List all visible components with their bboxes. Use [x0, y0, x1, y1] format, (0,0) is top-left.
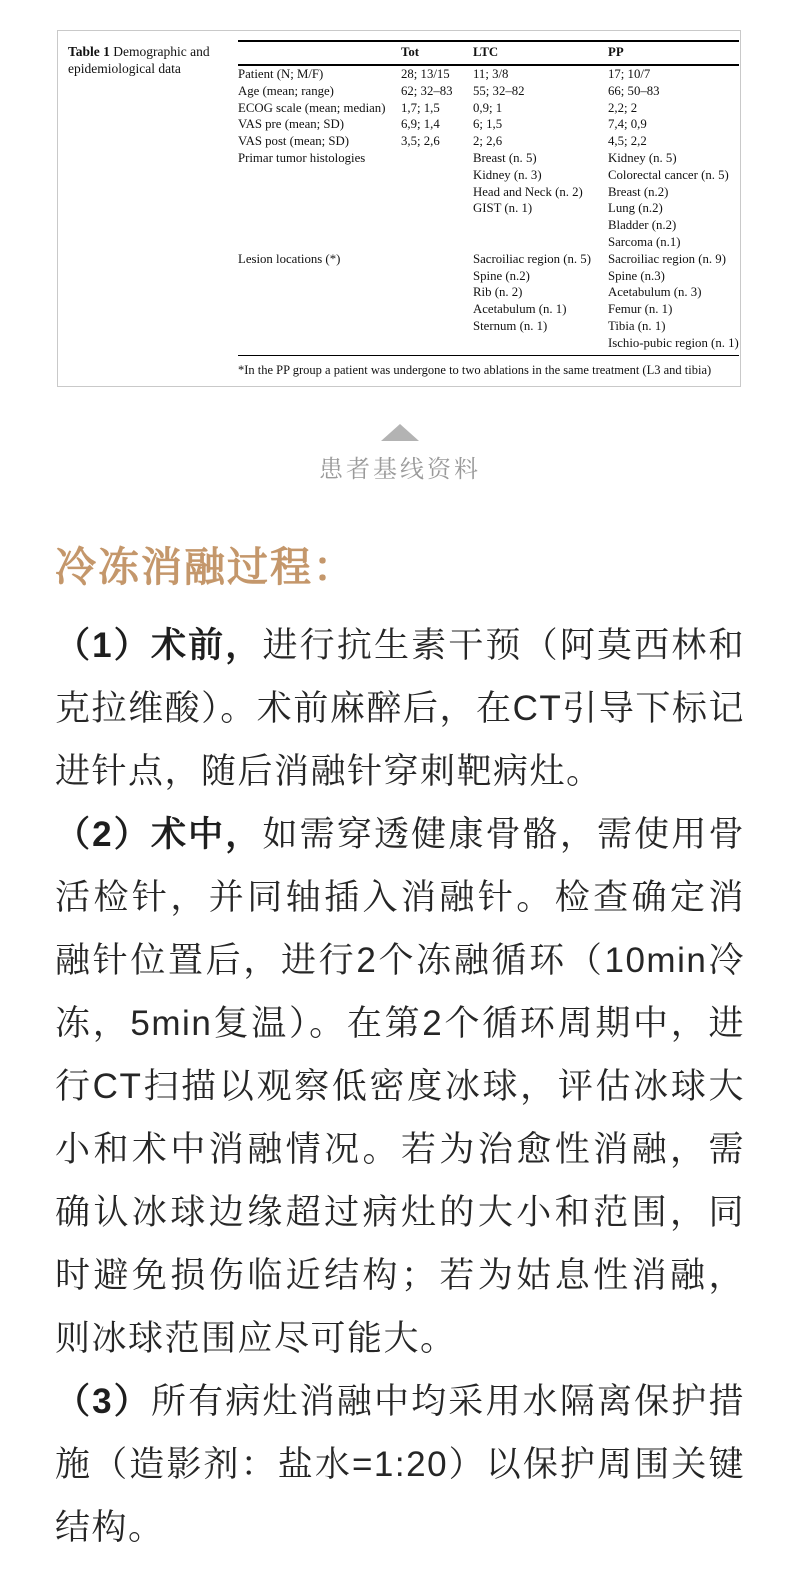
- table-row: Sternum (n. 1) Tibia (n. 1): [238, 318, 739, 335]
- column-header-tot: Tot: [401, 45, 473, 60]
- table-row-label: Age (mean; range): [238, 83, 401, 100]
- table-caption-label: Table 1: [68, 44, 110, 59]
- table-row-label: [238, 335, 401, 352]
- table-row: Head and Neck (n. 2) Breast (n.2): [238, 184, 739, 201]
- column-header-pp: PP: [608, 45, 739, 60]
- table-row-label: [238, 284, 401, 301]
- table-cell-tot: 3,5; 2,6: [401, 133, 473, 150]
- table-cell-tot: [401, 234, 473, 251]
- table-cell-tot: [401, 301, 473, 318]
- table-cell-pp: Spine (n.3): [608, 268, 739, 285]
- table-row: Rib (n. 2) Acetabulum (n. 3): [238, 284, 739, 301]
- table-cell-pp: Tibia (n. 1): [608, 318, 739, 335]
- paragraph: （1）术前，进行抗生素干预（阿莫西林和克拉维酸）。术前麻醉后，在CT引导下标记进…: [55, 614, 745, 803]
- table-cell-tot: 62; 32–83: [401, 83, 473, 100]
- table-cell-ltc: 2; 2,6: [473, 133, 608, 150]
- table-cell-tot: [401, 318, 473, 335]
- table-cell-ltc: Breast (n. 5): [473, 150, 608, 167]
- paragraph: （3）所有病灶消融中均采用水隔离保护措施（造影剂：盐水=1:20）以保护周围关键…: [55, 1370, 745, 1559]
- table-cell-pp: Femur (n. 1): [608, 301, 739, 318]
- table-cell-pp: Lung (n.2): [608, 200, 739, 217]
- table-cell-ltc: [473, 335, 608, 352]
- table-row: ECOG scale (mean; median) 1,7; 1,5 0,9; …: [238, 100, 739, 117]
- table-cell-ltc: Spine (n.2): [473, 268, 608, 285]
- table-cell-tot: [401, 167, 473, 184]
- table-cell-ltc: [473, 217, 608, 234]
- table-cell-pp: 7,4; 0,9: [608, 116, 739, 133]
- triangle-up-icon: [381, 424, 419, 441]
- table-footnote: *In the PP group a patient was undergone…: [238, 355, 739, 378]
- table-row: Sarcoma (n.1): [238, 234, 739, 251]
- section-paragraphs: （1）术前，进行抗生素干预（阿莫西林和克拉维酸）。术前麻醉后，在CT引导下标记进…: [55, 614, 745, 1559]
- table-cell-pp: 66; 50–83: [608, 83, 739, 100]
- article-content: 冷冻消融过程： （1）术前，进行抗生素干预（阿莫西林和克拉维酸）。术前麻醉后，在…: [0, 542, 800, 1559]
- table-row: Patient (N; M/F) 28; 13/15 11; 3/8 17; 1…: [238, 66, 739, 83]
- column-header-empty: [238, 45, 401, 60]
- table-row: GIST (n. 1) Lung (n.2): [238, 200, 739, 217]
- table-row-label: [238, 167, 401, 184]
- table-cell-tot: 28; 13/15: [401, 66, 473, 83]
- table-row: VAS post (mean; SD) 3,5; 2,6 2; 2,6 4,5;…: [238, 133, 739, 150]
- table-cell-ltc: 11; 3/8: [473, 66, 608, 83]
- table-row-label: Lesion locations (*): [238, 251, 401, 268]
- table-cell-tot: [401, 217, 473, 234]
- table-cell-pp: Breast (n.2): [608, 184, 739, 201]
- section-heading: 冷冻消融过程：: [55, 542, 745, 592]
- table-rows: Patient (N; M/F) 28; 13/15 11; 3/8 17; 1…: [238, 66, 739, 352]
- table-cell-tot: [401, 200, 473, 217]
- table-row: Primar tumor histologies Breast (n. 5) K…: [238, 150, 739, 167]
- table-cell-ltc: 0,9; 1: [473, 100, 608, 117]
- table-row-label: Patient (N; M/F): [238, 66, 401, 83]
- table-row: Lesion locations (*) Sacroiliac region (…: [238, 251, 739, 268]
- table-cell-tot: [401, 284, 473, 301]
- table-row-label: [238, 234, 401, 251]
- paragraph-lead: （1）术前，: [55, 626, 262, 665]
- table-cell-pp: 2,2; 2: [608, 100, 739, 117]
- table-row-label: [238, 301, 401, 318]
- table-row: Ischio-pubic region (n. 1): [238, 335, 739, 352]
- table-figure: Table 1 Demographic and epidemiological …: [57, 30, 741, 387]
- table-row-label: [238, 184, 401, 201]
- table-cell-pp: Acetabulum (n. 3): [608, 284, 739, 301]
- table-row-label: Primar tumor histologies: [238, 150, 401, 167]
- table-cell-tot: [401, 251, 473, 268]
- table-figure-table: Tot LTC PP Patient (N; M/F) 28; 13/15 11…: [238, 40, 739, 386]
- table-row-label: VAS pre (mean; SD): [238, 116, 401, 133]
- table-cell-pp: Kidney (n. 5): [608, 150, 739, 167]
- table-cell-pp: 4,5; 2,2: [608, 133, 739, 150]
- table-cell-pp: Sacroiliac region (n. 9): [608, 251, 739, 268]
- table-row: Age (mean; range) 62; 32–83 55; 32–82 66…: [238, 83, 739, 100]
- table-cell-tot: [401, 150, 473, 167]
- table-cell-pp: Sarcoma (n.1): [608, 234, 739, 251]
- table-row-label: [238, 318, 401, 335]
- table-cell-tot: [401, 184, 473, 201]
- table-row-label: [238, 217, 401, 234]
- table-row-label: [238, 200, 401, 217]
- table-cell-ltc: Rib (n. 2): [473, 284, 608, 301]
- paragraph-lead: （3）: [55, 1382, 151, 1421]
- table-row-label: [238, 268, 401, 285]
- table-cell-ltc: Kidney (n. 3): [473, 167, 608, 184]
- table-cell-tot: [401, 268, 473, 285]
- table-row: Kidney (n. 3) Colorectal cancer (n. 5): [238, 167, 739, 184]
- paragraph: （2）术中，如需穿透健康骨骼，需使用骨活检针，并同轴插入消融针。检查确定消融针位…: [55, 803, 745, 1370]
- table-cell-tot: 6,9; 1,4: [401, 116, 473, 133]
- table-cell-pp: 17; 10/7: [608, 66, 739, 83]
- table-row-label: ECOG scale (mean; median): [238, 100, 401, 117]
- table-cell-tot: [401, 335, 473, 352]
- table-cell-pp: Ischio-pubic region (n. 1): [608, 335, 739, 352]
- table-cell-ltc: 55; 32–82: [473, 83, 608, 100]
- paragraph-body: 所有病灶消融中均采用水隔离保护措施（造影剂：盐水=1:20）以保护周围关键结构。: [55, 1382, 745, 1547]
- table-cell-ltc: Head and Neck (n. 2): [473, 184, 608, 201]
- table-cell-ltc: GIST (n. 1): [473, 200, 608, 217]
- table-cell-pp: Colorectal cancer (n. 5): [608, 167, 739, 184]
- table-cell-ltc: Sacroiliac region (n. 5): [473, 251, 608, 268]
- table-cell-ltc: Sternum (n. 1): [473, 318, 608, 335]
- table-header-row: Tot LTC PP: [238, 40, 739, 66]
- table-row: VAS pre (mean; SD) 6,9; 1,4 6; 1,5 7,4; …: [238, 116, 739, 133]
- table-cell-tot: 1,7; 1,5: [401, 100, 473, 117]
- figure-caption: 患者基线资料: [0, 455, 800, 485]
- table-cell-ltc: 6; 1,5: [473, 116, 608, 133]
- table-cell-pp: Bladder (n.2): [608, 217, 739, 234]
- table-row: Spine (n.2) Spine (n.3): [238, 268, 739, 285]
- table-row-label: VAS post (mean; SD): [238, 133, 401, 150]
- table-row: Bladder (n.2): [238, 217, 739, 234]
- table-cell-ltc: [473, 234, 608, 251]
- paragraph-lead: （2）术中，: [55, 815, 262, 854]
- table-cell-ltc: Acetabulum (n. 1): [473, 301, 608, 318]
- table-row: Acetabulum (n. 1) Femur (n. 1): [238, 301, 739, 318]
- paragraph-body: 如需穿透健康骨骼，需使用骨活检针，并同轴插入消融针。检查确定消融针位置后，进行2…: [55, 815, 745, 1358]
- table-figure-caption: Table 1 Demographic and epidemiological …: [68, 40, 238, 386]
- column-header-ltc: LTC: [473, 45, 608, 60]
